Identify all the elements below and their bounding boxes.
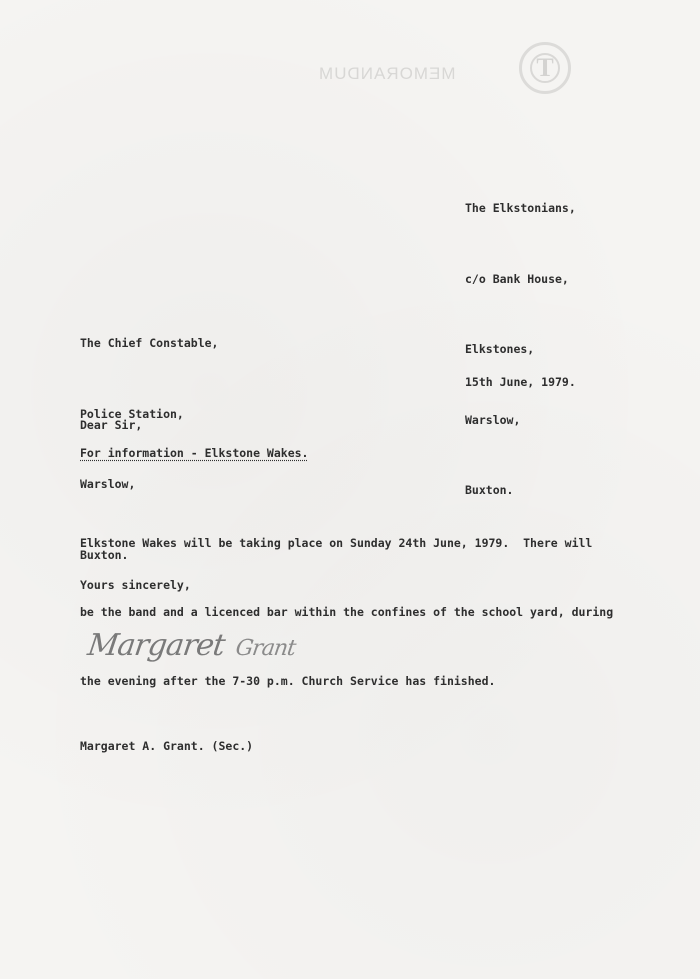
body-line: Elkstone Wakes will be taking place on S… [80,532,613,555]
recipient-address-line: The Chief Constable, [80,332,218,356]
letterhead-showthrough: MEMORANDUM [318,64,456,84]
sender-address-line: Elkstones, [465,338,576,362]
body-line: be the band and a licenced bar within th… [80,601,613,624]
letter-date: 15th June, 1979. [465,371,576,395]
closing: Yours sincerely, [80,574,191,598]
sender-address: The Elkstonians, c/o Bank House, Elkston… [465,150,576,526]
typed-signatory-name: Margaret A. Grant. (Sec.) [80,735,253,759]
letterhead-logo-icon [519,42,571,94]
signature-first-name: Margaret [86,628,227,663]
subject-line: For information - Elkstone Wakes. [80,442,308,466]
handwritten-signature: MargaretGrant [86,628,298,663]
letter-body: Elkstone Wakes will be taking place on S… [80,486,613,716]
signature-last-name: Grant [234,636,297,661]
sender-address-line: Warslow, [465,409,576,433]
body-line: the evening after the 7-30 p.m. Church S… [80,670,613,693]
sender-address-line: The Elkstonians, [465,197,576,221]
sender-address-line: c/o Bank House, [465,268,576,292]
salutation: Dear Sir, [80,414,142,438]
